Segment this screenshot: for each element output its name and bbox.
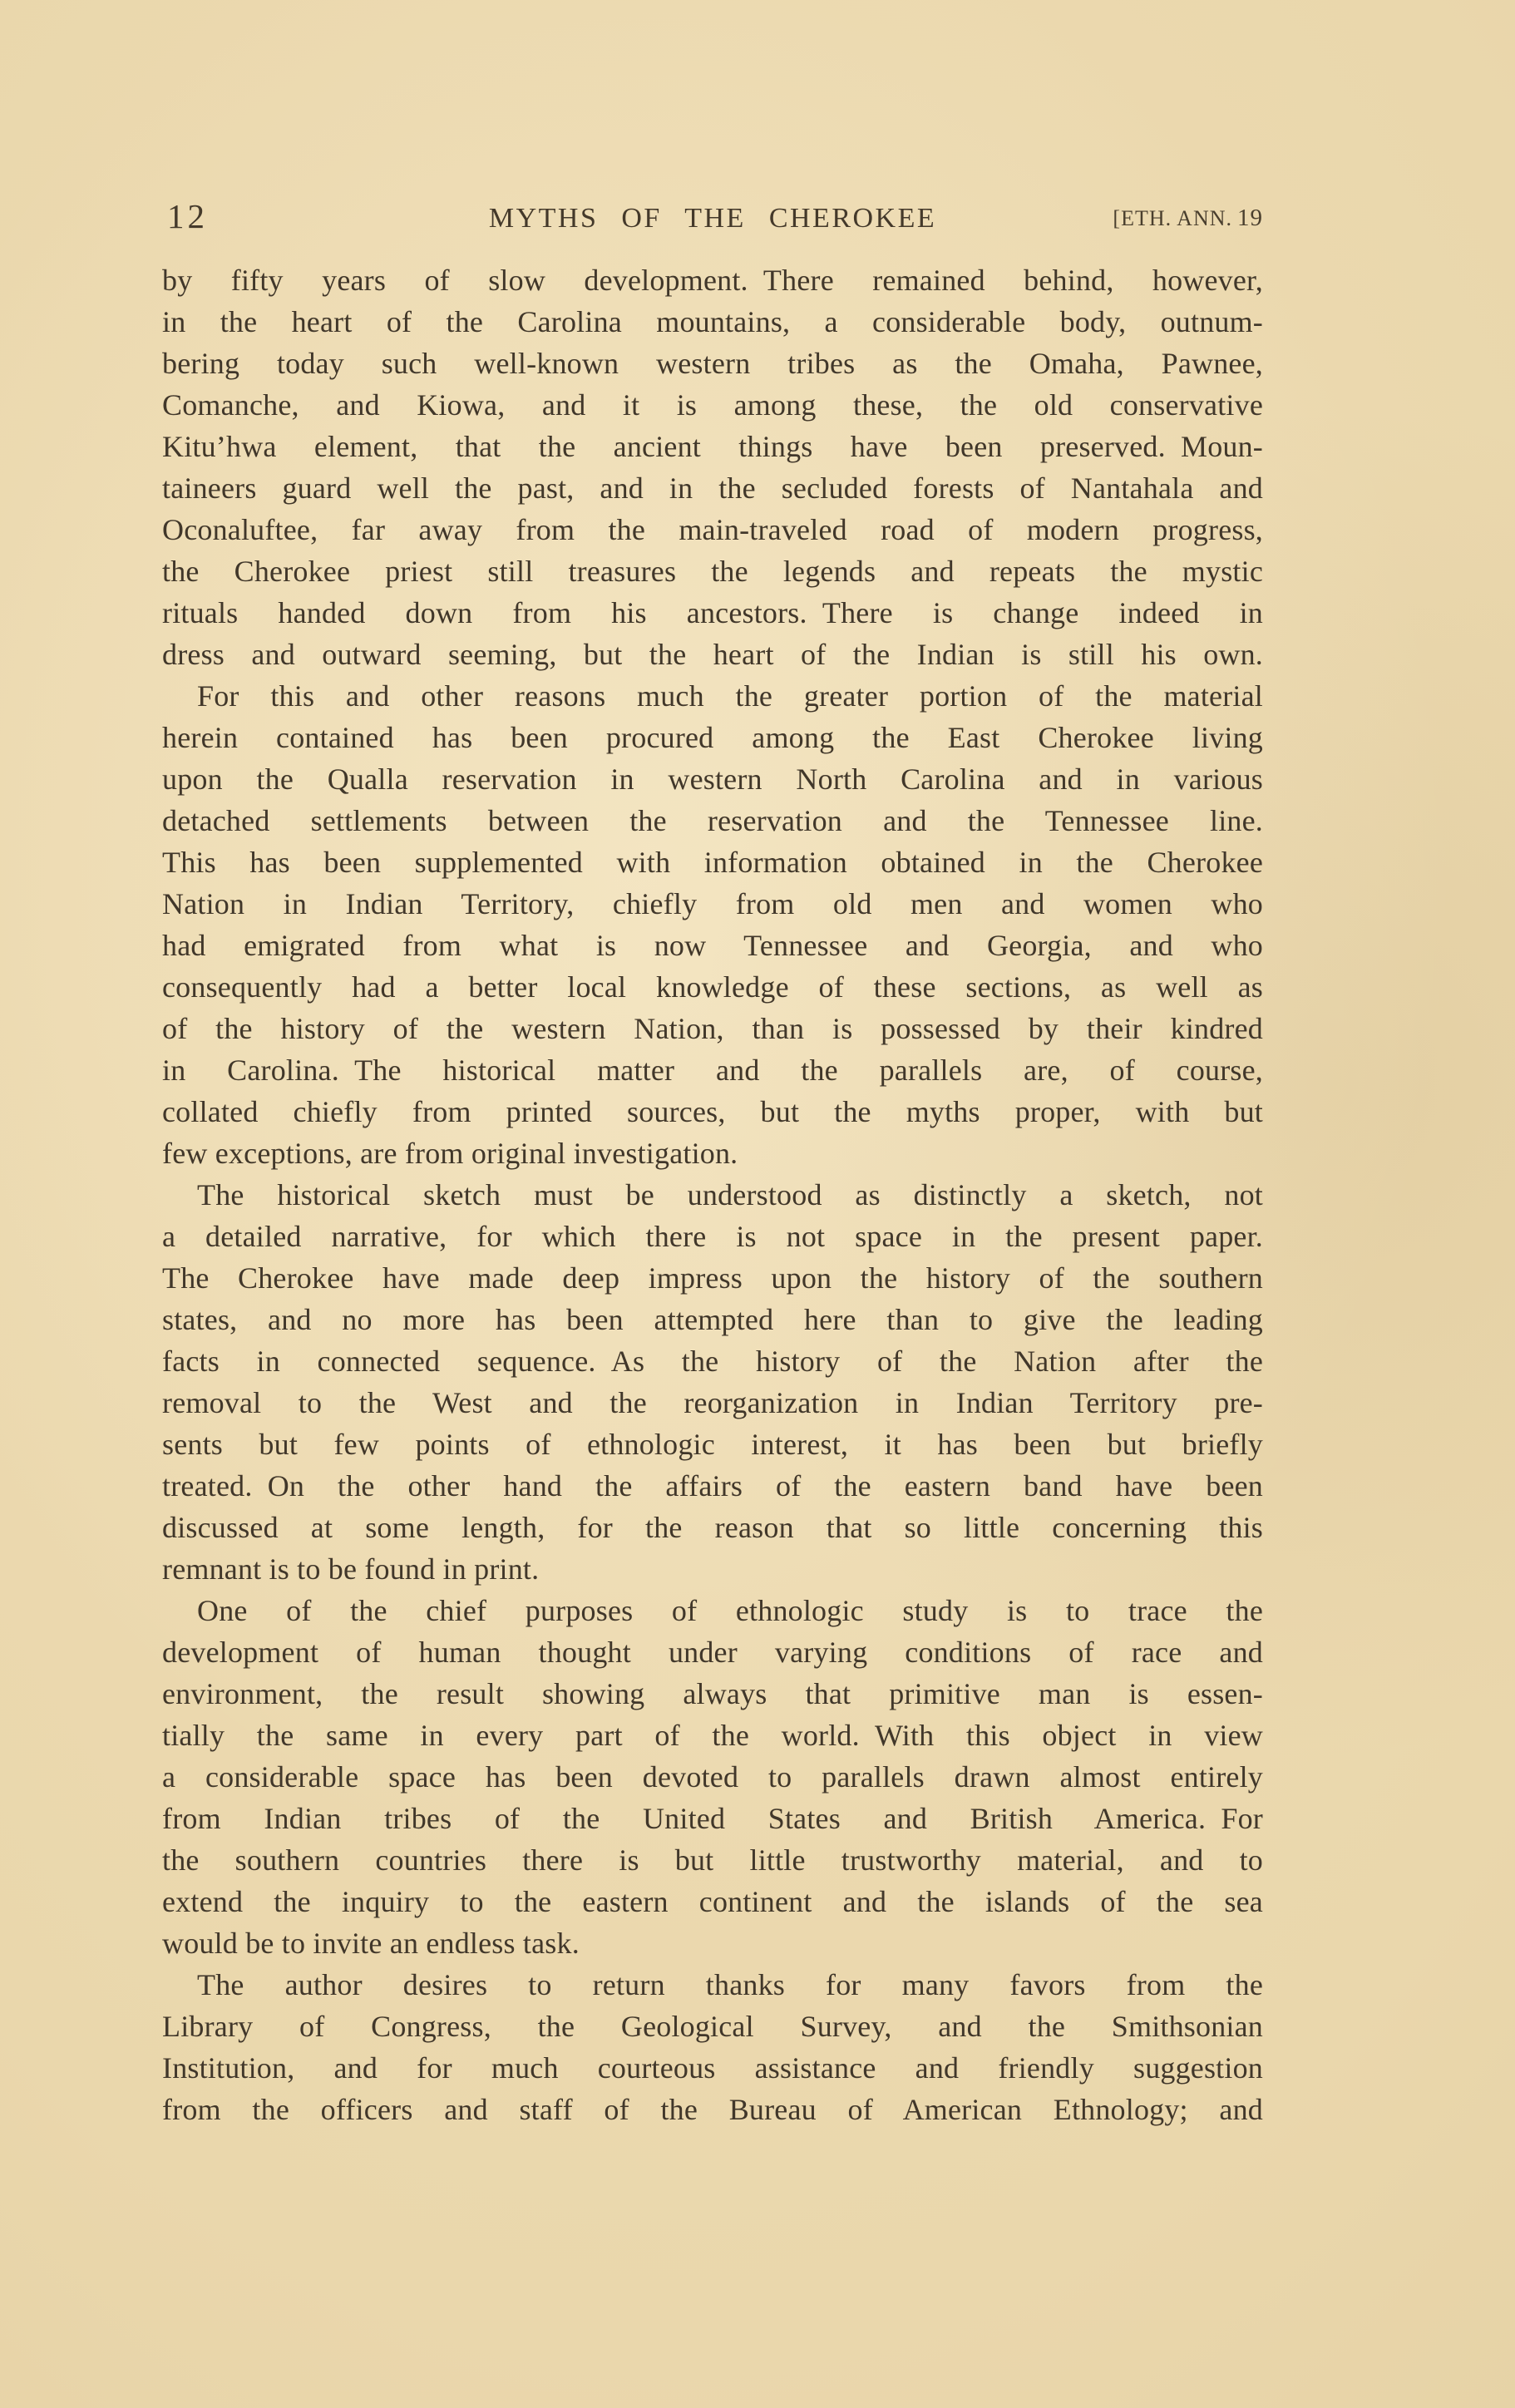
- text-line: in Carolina. The historical matter and t…: [162, 1049, 1263, 1091]
- text-line: remnant is to be found in print.: [162, 1548, 1263, 1590]
- text-line: had emigrated from what is now Tennessee…: [162, 925, 1263, 966]
- text-line: rituals handed down from his ancestors. …: [162, 592, 1263, 634]
- text-line: Institution, and for much courteous assi…: [162, 2047, 1263, 2089]
- text-line: extend the inquiry to the eastern contin…: [162, 1881, 1263, 1922]
- text-line: herein contained has been procured among…: [162, 717, 1263, 758]
- text-line: Oconaluftee, far away from the main-trav…: [162, 509, 1263, 550]
- journal-reference: [ETH. ANN.19: [1113, 205, 1263, 232]
- book-page: 12 MYTHS OF THE CHEROKEE [ETH. ANN.19 by…: [0, 0, 1515, 2408]
- running-title: MYTHS OF THE CHEROKEE: [162, 203, 1263, 234]
- text-line: sents but few points of ethnologic inter…: [162, 1424, 1263, 1465]
- journal-reference-number: 19: [1237, 205, 1263, 231]
- text-line: The historical sketch must be understood…: [162, 1174, 1263, 1216]
- text-line: would be to invite an endless task.: [162, 1922, 1263, 1964]
- text-line: environment, the result showing always t…: [162, 1673, 1263, 1715]
- text-line: a considerable space has been devoted to…: [162, 1756, 1263, 1798]
- text-line: the Cherokee priest still treasures the …: [162, 550, 1263, 592]
- text-line: few exceptions, are from original invest…: [162, 1132, 1263, 1174]
- text-line: in the heart of the Carolina mountains, …: [162, 301, 1263, 343]
- text-line: For this and other reasons much the grea…: [162, 675, 1263, 717]
- text-line: Nation in Indian Territory, chiefly from…: [162, 883, 1263, 925]
- text-line: facts in connected sequence. As the hist…: [162, 1340, 1263, 1382]
- text-line: bering today such well-known western tri…: [162, 343, 1263, 384]
- text-line: tially the same in every part of the wor…: [162, 1715, 1263, 1756]
- text-line: treated. On the other hand the affairs o…: [162, 1465, 1263, 1507]
- text-line: from the officers and staff of the Burea…: [162, 2089, 1263, 2130]
- body-text: by fifty years of slow development. Ther…: [162, 259, 1263, 2130]
- text-line: dress and outward seeming, but the heart…: [162, 634, 1263, 675]
- text-line: discussed at some length, for the reason…: [162, 1507, 1263, 1548]
- text-line: One of the chief purposes of ethnologic …: [162, 1590, 1263, 1631]
- text-line: taineers guard well the past, and in the…: [162, 467, 1263, 509]
- text-line: of the history of the western Nation, th…: [162, 1008, 1263, 1049]
- text-line: detached settlements between the reserva…: [162, 800, 1263, 841]
- text-line: Comanche, and Kiowa, and it is among the…: [162, 384, 1263, 426]
- text-line: by fifty years of slow development. Ther…: [162, 259, 1263, 301]
- text-line: Kitu’hwa element, that the ancient thing…: [162, 426, 1263, 467]
- text-line: collated chiefly from printed sources, b…: [162, 1091, 1263, 1132]
- text-line: a detailed narrative, for which there is…: [162, 1216, 1263, 1257]
- text-line: consequently had a better local knowledg…: [162, 966, 1263, 1008]
- text-line: the southern countries there is but litt…: [162, 1839, 1263, 1881]
- text-line: This has been supplemented with informat…: [162, 841, 1263, 883]
- journal-reference-label: [ETH. ANN.: [1113, 206, 1232, 230]
- text-line: The author desires to return thanks for …: [162, 1964, 1263, 2006]
- text-line: from Indian tribes of the United States …: [162, 1798, 1263, 1839]
- text-line: states, and no more has been attempted h…: [162, 1299, 1263, 1340]
- text-line: upon the Qualla reservation in western N…: [162, 758, 1263, 800]
- page-header: 12 MYTHS OF THE CHEROKEE [ETH. ANN.19: [162, 190, 1263, 238]
- text-line: The Cherokee have made deep impress upon…: [162, 1257, 1263, 1299]
- text-line: removal to the West and the reorganizati…: [162, 1382, 1263, 1424]
- text-line: Library of Congress, the Geological Surv…: [162, 2006, 1263, 2047]
- text-line: development of human thought under varyi…: [162, 1631, 1263, 1673]
